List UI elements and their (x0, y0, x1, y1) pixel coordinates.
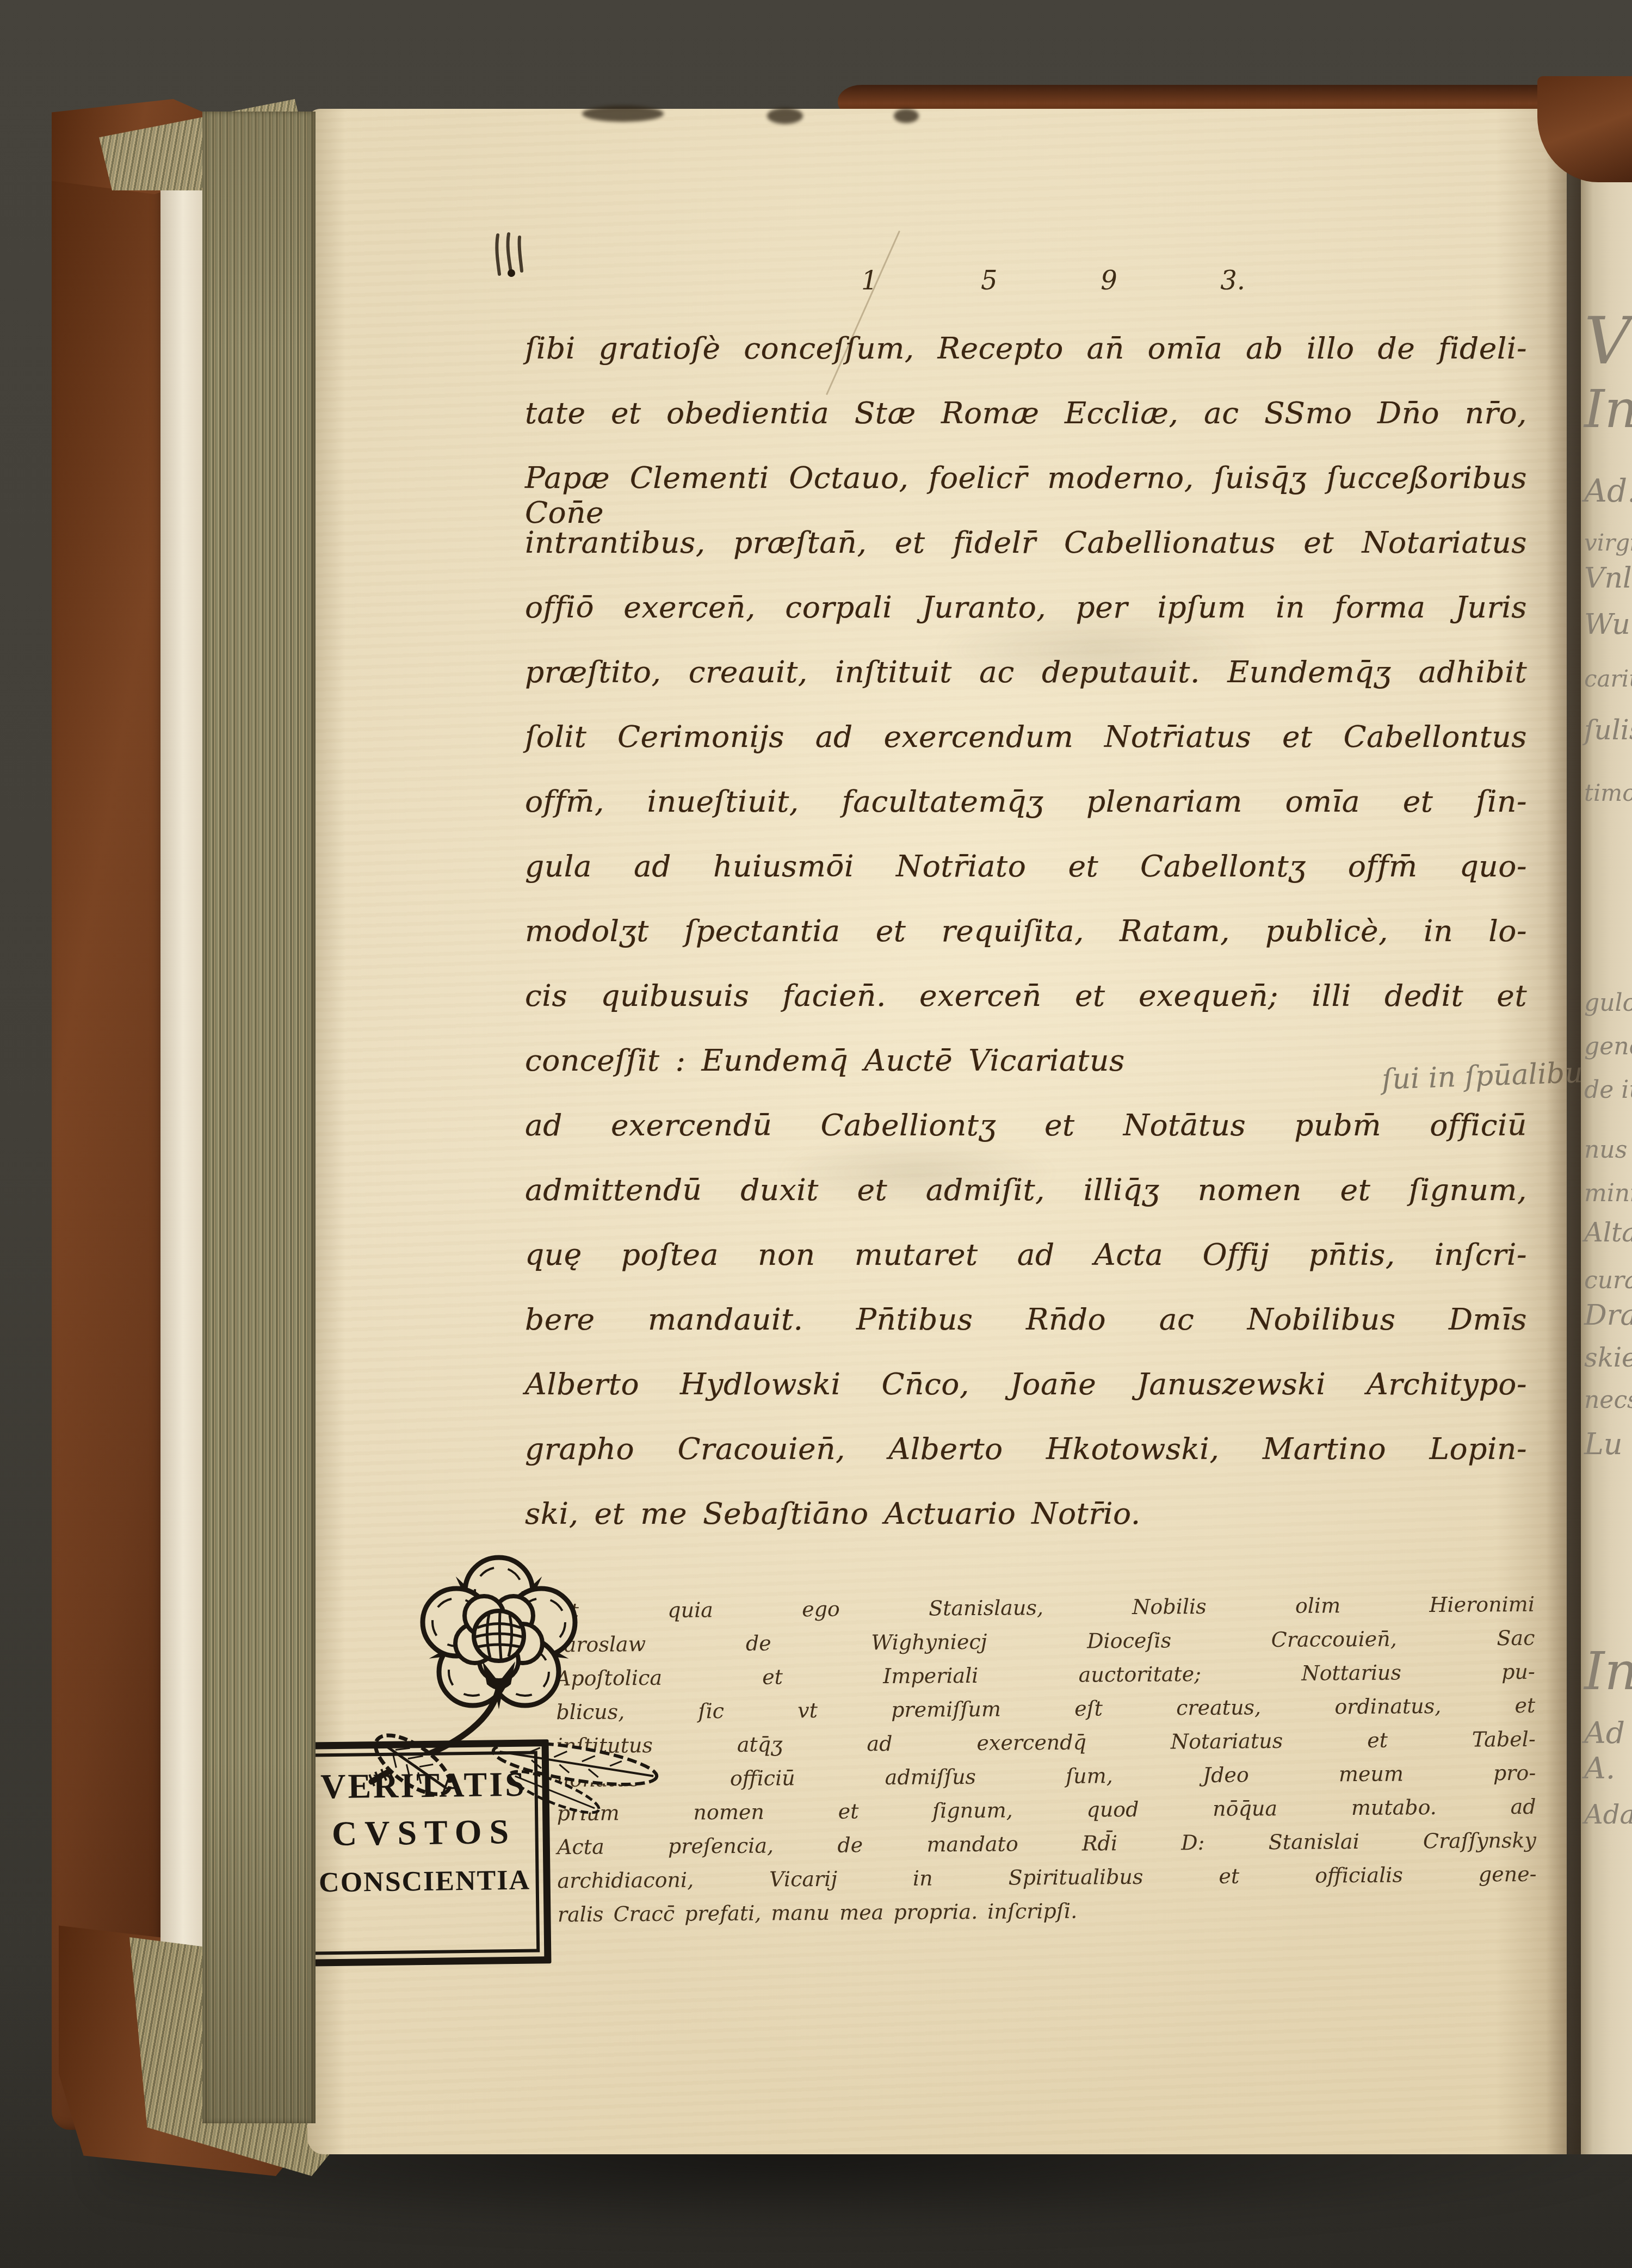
next-page-text-fragment: gulorum (1584, 989, 1632, 1017)
manuscript-line: Alberto Hydlowski Cn̄co, Joan̄e Januszew… (525, 1367, 1527, 1431)
manuscript-line: cis quibusuis facien̄. exercen̄ et exequ… (525, 978, 1527, 1043)
next-page-text-fragment: timor (1584, 780, 1632, 806)
next-page-text-fragment: ſulis (1584, 714, 1632, 746)
next-page-text-fragment: V (1584, 304, 1631, 379)
gutter-shadow (1546, 109, 1583, 2154)
next-page-text-fragment: Adam (1584, 1800, 1632, 1830)
manuscript-line: Papæ Clementi Octauo, foelicr̄ moderno, … (525, 460, 1527, 525)
manuscript-line: gula ad huiusmōi Notr̄iato et Cabellontʒ… (525, 849, 1527, 913)
next-page-text-fragment: Altaris (1584, 1218, 1632, 1248)
manuscript-line: grapho Cracouien̄, Alberto Hkotowski, Ma… (525, 1431, 1527, 1496)
motto-stamp-line: CVSTOS (313, 1808, 535, 1858)
manuscript-page: 1593. ſibi gratioſè conceſſum, Recepto a… (307, 109, 1567, 2154)
burn-smudge (894, 109, 919, 123)
next-page-text-fragment: curæ (1584, 1266, 1632, 1294)
burn-smudge (767, 108, 803, 124)
manuscript-line: quę poſtea non mutaret ad Acta Offij pn̄… (525, 1237, 1527, 1302)
manuscript-line: conceſſit : Eundemq̄ Auctē Vicariatus (525, 1043, 1527, 1108)
next-page-text-fragment: Ad. Ale (1584, 472, 1632, 509)
manuscript-text-block: ſibi gratioſè conceſſum, Recepto an̄ omī… (525, 331, 1527, 1561)
next-page-text-fragment: de iure (1584, 1076, 1632, 1104)
next-page-text-fragment: skie (1584, 1343, 1632, 1373)
next-page-text-fragment: Vnlis (1584, 562, 1632, 595)
year-digit: 1 (861, 265, 878, 296)
manuscript-line: ſibi gratioſè conceſſum, Recepto an̄ omī… (525, 331, 1527, 395)
manuscript-line: præſtito, creauit, inſtituit ac deputaui… (525, 654, 1527, 719)
next-page-text-fragment: Ad (1584, 1715, 1625, 1750)
next-page-text-fragment: Inſt (1584, 1642, 1632, 1702)
motto-stamp-line: CONSCIENTIA (313, 1856, 536, 1908)
burn-smudge (582, 106, 664, 122)
next-page-text-fragment: generalis (1584, 1033, 1632, 1060)
manuscript-line: offm̄, inueſtiuit, facultatemq̄ʒ plenari… (525, 784, 1527, 849)
attestation-line: ralis Cracc̄ prefati, manu mea propria. … (558, 1896, 1537, 1937)
book-cover-spine-edge (52, 117, 169, 2130)
motto-stamp: VERITATISCVSTOSCONSCIENTIA (298, 1739, 552, 1967)
year-digit: 5 (981, 265, 998, 296)
manuscript-line: offiō exercen̄, corpali Juranto, per ipſ… (525, 590, 1527, 654)
year-digit: 9 (1101, 265, 1117, 296)
ink-smudge-mark (491, 232, 534, 282)
photo-backdrop: 1593. ſibi gratioſè conceſſum, Recepto a… (0, 0, 1632, 2268)
next-page-text-fragment: A. (1584, 1751, 1615, 1785)
manuscript-line: tate et obedientia Stæ Romæ Eccliæ, ac S… (525, 395, 1527, 460)
next-page-text-fragment: Wurblen (1584, 608, 1632, 641)
manuscript-line: modolʒt ſpectantia et requiſita, Ratam, … (525, 913, 1527, 978)
next-page-text-fragment: virginis (1584, 529, 1632, 556)
next-page-text-fragment: Inſci (1584, 380, 1632, 440)
next-page-text-fragment: Lu (1584, 1427, 1623, 1461)
manuscript-line: intrantibus, præſtan̄, et fidelr̄ Cabell… (525, 525, 1527, 590)
next-page-text-fragment: nus (1584, 1136, 1627, 1164)
manuscript-line: admittendū duxit et admiſit, illiq̄ʒ nom… (525, 1172, 1527, 1237)
manuscript-line: bere mandauit. Pn̄tibus Rn̄do ac Nobilib… (525, 1302, 1527, 1367)
motto-stamp-inner-border: VERITATISCVSTOSCONSCIENTIA (309, 1751, 540, 1955)
motto-stamp-line: VERITATIS (312, 1761, 535, 1810)
manuscript-line: ſolit Cerimonijs ad exercendum Notr̄iatu… (525, 719, 1527, 784)
next-page-text-fragment: carium (1584, 665, 1632, 692)
next-page-text-fragment: necski (1584, 1386, 1632, 1414)
next-page-text-fragment: miniſt (1584, 1179, 1632, 1207)
year-header: 1593. (861, 265, 1245, 296)
year-digit: 3. (1220, 265, 1245, 296)
next-page-sliver: VInſciAd. AlevirginisVnlisWurblencariumſ… (1581, 124, 1632, 2154)
next-page-text-fragment: Dran (1584, 1299, 1632, 1332)
page-stack-fore-edge (202, 112, 316, 2123)
manuscript-line: ad exercendū Cabelliontʒ et Notātus pubm… (525, 1108, 1527, 1172)
